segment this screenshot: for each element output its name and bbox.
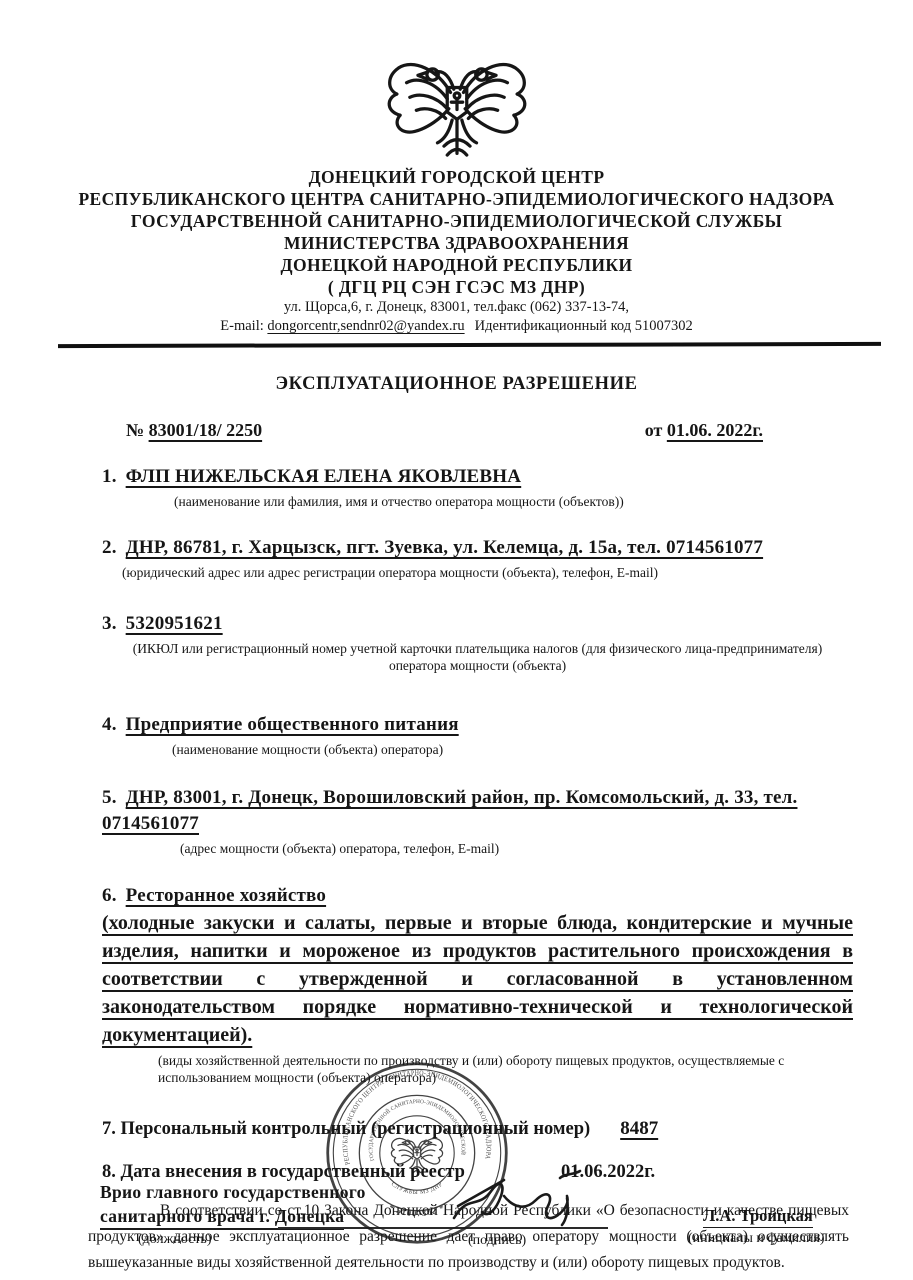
org-contacts: E-mail: dongorcentr,sendnr02@yandex.ruИд…	[0, 317, 913, 336]
signer-name: Л.А. Троицкая	[703, 1206, 813, 1228]
letterhead: ДОНЕЦКИЙ ГОРОДСКОЙ ЦЕНТР РЕСПУБЛИКАНСКОГ…	[0, 166, 913, 347]
document-number: № 83001/18/ 2250	[126, 420, 262, 441]
document-page: ДОНЕЦКИЙ ГОРОДСКОЙ ЦЕНТР РЕСПУБЛИКАНСКОГ…	[0, 0, 913, 1280]
org-address: ул. Щорса,6, г. Донецк, 83001, тел.факс …	[0, 298, 913, 317]
registration-number-value: 8487	[604, 1118, 674, 1139]
form-item-4: 4.Предприятие общественного питания (наи…	[102, 712, 853, 758]
document-title: ЭКСПЛУАТАЦИОННОЕ РАЗРЕШЕНИЕ	[0, 374, 913, 395]
letterhead-divider	[58, 342, 881, 348]
form-item-1: 1.ФЛП НИЖЕЛЬСКАЯ ЕЛЕНА ЯКОВЛЕВНА (наимен…	[102, 464, 853, 510]
svg-text:СЛУЖБЫ МЗ ДНР: СЛУЖБЫ МЗ ДНР	[390, 1181, 444, 1196]
document-date: от 01.06. 2022г.	[645, 420, 763, 441]
item-value: 5320951621	[126, 613, 223, 634]
item-number: 4.	[102, 714, 117, 735]
item-number: 1.	[102, 466, 117, 487]
form-item-6: 6.Ресторанное хозяйство (холодные закуск…	[102, 883, 853, 1086]
form-item-5: 5.ДНР, 83001, г. Донецк, Ворошиловский р…	[102, 785, 853, 857]
number-date-row: № 83001/18/ 2250 от 01.06. 2022г.	[126, 420, 763, 441]
name-caption: (инициалы и фамилия)	[688, 1231, 825, 1247]
stamp-center-eagle-icon	[391, 1138, 442, 1172]
item-caption: (наименование мощности (объекта) операто…	[172, 741, 853, 758]
item-caption: (ИКЮЛ или регистрационный номер учетной …	[128, 640, 828, 674]
item-value: ДНР, 83001, г. Донецк, Ворошиловский рай…	[102, 787, 797, 834]
item-value: Предприятие общественного питания	[126, 714, 459, 735]
email-label: E-mail:	[220, 318, 267, 334]
item-caption: (юридический адрес или адрес регистрации…	[122, 564, 853, 581]
org-abbreviation: ( ДГЦ РЦ СЭН ГСЭС МЗ ДНР)	[0, 276, 913, 298]
org-name-line: РЕСПУБЛИКАНСКОГО ЦЕНТРА САНИТАРНО-ЭПИДЕМ…	[0, 188, 913, 210]
stamp-code-text: * 51007302 *	[387, 1202, 446, 1218]
svg-text:* 51007302 *: * 51007302 *	[387, 1202, 446, 1218]
form-item-3: 3.5320951621 (ИКЮЛ или регистрационный н…	[102, 611, 853, 674]
item-activity-detail: (холодные закуски и салаты, первые и вто…	[102, 909, 853, 1049]
form-item-2: 2.ДНР, 86781, г. Харцызск, пгт. Зуевка, …	[102, 535, 853, 581]
org-name-line: МИНИСТЕРСТВА ЗДРАВООХРАНЕНИЯ	[0, 232, 913, 254]
dnr-double-headed-eagle-emblem	[373, 42, 541, 164]
official-round-stamp: РЕСПУБЛИКАНСКОГО ЦЕНТРА САНИТАРНО-ЭПИДЕМ…	[324, 1060, 510, 1246]
item-number: 5.	[102, 787, 117, 808]
position-caption: (должность)	[138, 1232, 211, 1248]
org-name-line: ДОНЕЦКИЙ ГОРОДСКОЙ ЦЕНТР	[0, 166, 913, 188]
org-name-line: ГОСУДАРСТВЕННОЙ САНИТАРНО-ЭПИДЕМИОЛОГИЧЕ…	[0, 210, 913, 232]
item-number: 3.	[102, 613, 117, 634]
item-value: ДНР, 86781, г. Харцызск, пгт. Зуевка, ул…	[126, 537, 763, 558]
item-number: 2.	[102, 537, 117, 558]
org-id-code: Идентификационный код 51007302	[475, 318, 693, 334]
item-caption: (адрес мощности (объекта) оператора, тел…	[180, 840, 853, 857]
org-name-line: ДОНЕЦКОЙ НАРОДНОЙ РЕСПУБЛИКИ	[0, 254, 913, 276]
item-caption: (наименование или фамилия, имя и отчеств…	[174, 493, 853, 510]
item-value: ФЛП НИЖЕЛЬСКАЯ ЕЛЕНА ЯКОВЛЕВНА	[126, 466, 522, 487]
item-value: Ресторанное хозяйство	[126, 885, 326, 906]
org-email: dongorcentr,sendnr02@yandex.ru	[267, 318, 464, 334]
stamp-ring-middle-bottom-text: СЛУЖБЫ МЗ ДНР	[390, 1181, 444, 1196]
item-number: 6.	[102, 885, 117, 906]
